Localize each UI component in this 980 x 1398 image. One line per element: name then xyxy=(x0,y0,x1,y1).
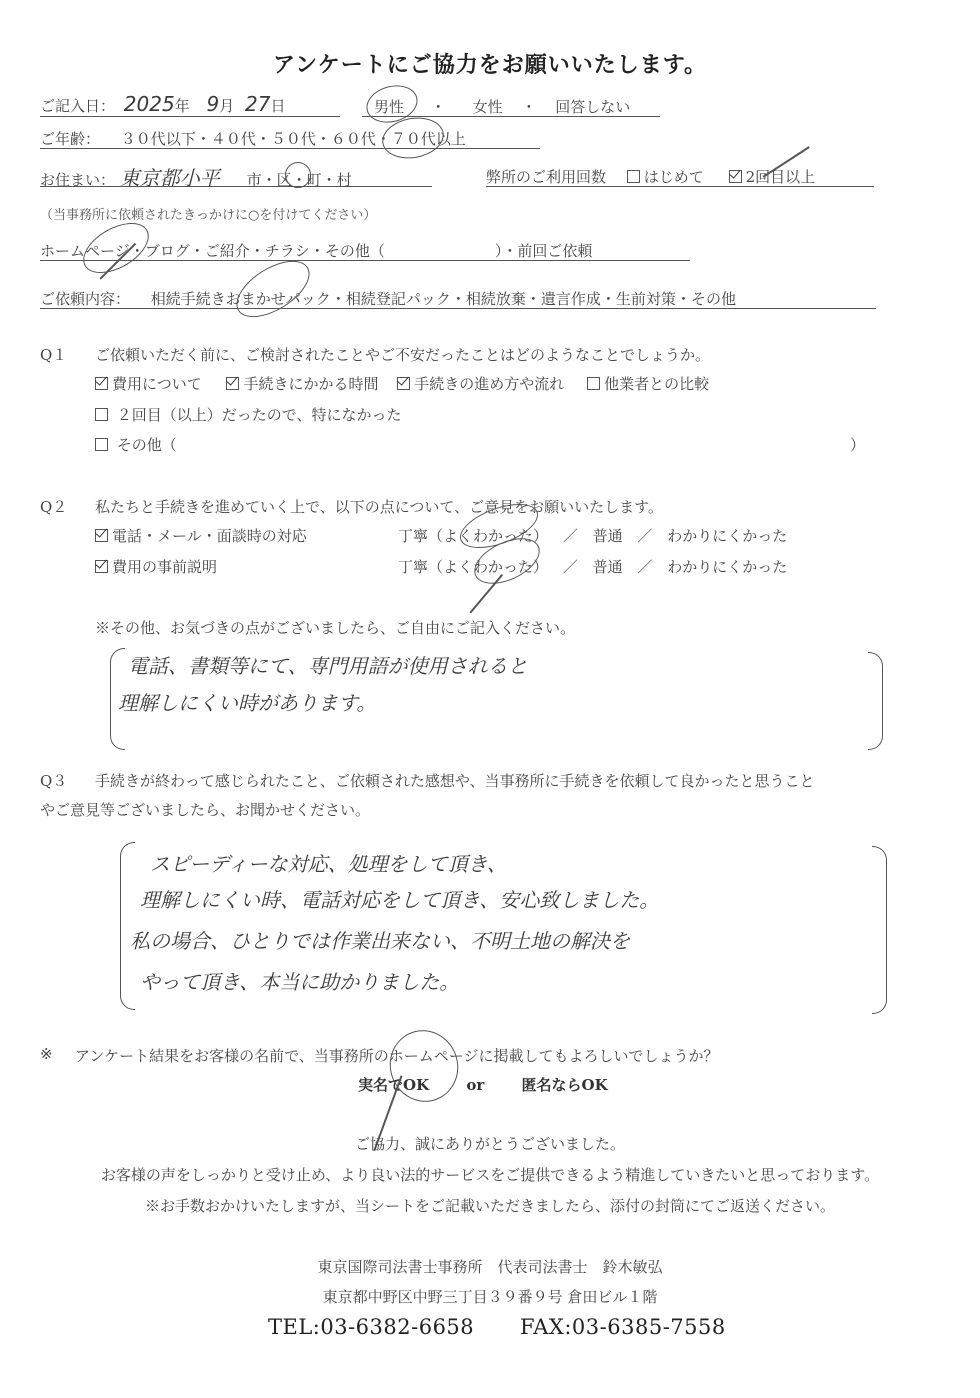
q3-answer-line1: スピーディーな対応、処理をして頂き、 xyxy=(150,848,507,877)
age-label: ご年齢： xyxy=(40,130,100,148)
gender-option-no-answer[interactable]: 回答しない xyxy=(555,98,630,116)
answer-bracket-right xyxy=(868,652,883,750)
checkbox-checked[interactable] xyxy=(95,529,108,542)
q3-answer-line3: 私の場合、ひとりでは作業出来ない、不明土地の解決を xyxy=(130,925,630,954)
separator: ／ xyxy=(637,527,652,545)
q1-option-cost[interactable]: 費用について xyxy=(95,375,202,393)
request-option-other[interactable]: その他 xyxy=(691,290,736,308)
checkbox[interactable] xyxy=(95,408,108,421)
q1-option-second-time[interactable]: ２回目（以上）だったので、特になかった xyxy=(95,404,401,425)
q2-rating-cost-explanation: 丁寧（よくわかった） ／ 普通 ／ わかりにくかった xyxy=(398,556,787,577)
rating-unclear[interactable]: わかりにくかった xyxy=(667,527,787,545)
date-field[interactable]: ご記入日： 2025年 9月 27日 xyxy=(40,92,340,117)
request-option-will[interactable]: 遺言作成 xyxy=(541,290,601,308)
closing-message: お客様の声をしっかりと受け止め、より良い法的サービスをご提供できるよう精進してい… xyxy=(0,1164,980,1185)
q2-free-answer-line1: 電話、書類等にて、専門用語が使用されると xyxy=(128,650,528,679)
trigger-other[interactable]: その他（ xyxy=(325,242,385,260)
usage-repeat-label: 2回目以上 xyxy=(746,168,816,186)
office-fax: FAX:03-6385-7558 xyxy=(520,1315,726,1339)
checkbox[interactable] xyxy=(627,170,640,183)
address-field[interactable]: お住まい： 東京都小平 市・区・町・村 xyxy=(40,162,432,187)
rating-normal[interactable]: 普通 xyxy=(593,558,623,576)
trigger-blog[interactable]: ブログ xyxy=(145,242,190,260)
option-label: 費用について xyxy=(112,375,202,393)
age-option-40s[interactable]: ４０代 xyxy=(211,130,256,148)
office-address: 東京都中野区中野三丁目３９番９号 倉田ビル１階 xyxy=(0,1286,980,1307)
age-option-60s[interactable]: ６０代 xyxy=(331,130,376,148)
rating-unclear[interactable]: わかりにくかった xyxy=(667,558,787,576)
q2-question: 私たちと手続きを進めていく上で、以下の点について、ご意見をお願いいたします。 xyxy=(95,496,663,517)
trigger-referral[interactable]: ご紹介 xyxy=(205,242,250,260)
day-unit: 日 xyxy=(270,97,285,115)
separator: ／ xyxy=(563,527,578,545)
office-tel: TEL:03-6382-6658 xyxy=(268,1315,474,1339)
option-label: 他業者との比較 xyxy=(604,375,709,393)
q2-free-prompt: ※その他、お気づきの点がございましたら、ご自由にご記入ください。 xyxy=(95,617,575,638)
trigger-flyer[interactable]: チラシ xyxy=(265,242,310,260)
month-unit: 月 xyxy=(219,97,234,115)
usage-first-label: はじめて xyxy=(644,168,704,186)
option-label: ２回目（以上）だったので、特になかった xyxy=(117,406,402,424)
q2-free-answer-line2: 理解しにくい時があります。 xyxy=(118,687,376,716)
request-option-estate-planning[interactable]: 生前対策 xyxy=(616,290,676,308)
answer-bracket-right xyxy=(872,846,887,1014)
trigger-other-close: ） xyxy=(495,242,503,260)
publish-or: or xyxy=(466,1076,484,1094)
checkbox-checked[interactable] xyxy=(397,377,410,390)
separator-dot: ・ xyxy=(431,98,446,116)
q3-answer-line2: 理解しにくい時、電話対応をして頂き、安心致しました。 xyxy=(140,884,659,913)
option-label: 手続きにかかる時間 xyxy=(243,375,378,393)
rating-normal[interactable]: 普通 xyxy=(593,527,623,545)
gender-option-female[interactable]: 女性 xyxy=(473,98,503,116)
q2-rating-communication: 丁寧（よくわかった） ／ 普通 ／ わかりにくかった xyxy=(398,525,787,546)
date-year: 2025 xyxy=(124,92,175,116)
year-unit: 年 xyxy=(175,97,190,115)
q2-item-cost-explanation[interactable]: 費用の事前説明 xyxy=(95,556,217,577)
publish-option-anonymous[interactable]: 匿名ならOK xyxy=(522,1076,608,1094)
closing-return-note: ※お手数おかけいたしますが、当シートをご記載いただきましたら、添付の封筒にてご返… xyxy=(0,1195,980,1216)
checkbox[interactable] xyxy=(95,438,108,451)
q1-option-process[interactable]: 手続きの進め方や流れ xyxy=(397,375,564,393)
trigger-instruction: （当事務所に依頼されたきっかけに○を付けてください） xyxy=(40,204,376,223)
request-option-renunciation[interactable]: 相続放棄 xyxy=(466,290,526,308)
checkbox-checked[interactable] xyxy=(226,377,239,390)
page-title: アンケートにご協力をお願いいたします。 xyxy=(0,48,980,79)
request-option-registration[interactable]: 相続登記パック xyxy=(346,290,451,308)
checkbox-checked[interactable] xyxy=(95,377,108,390)
publish-mark: ※ xyxy=(40,1045,53,1063)
date-day: 27 xyxy=(245,92,270,116)
q1-options-row1: 費用について 手続きにかかる時間 手続きの進め方や流れ 他業者との比較 xyxy=(95,373,709,394)
municipality-city[interactable]: 市 xyxy=(247,171,262,189)
q3-number: Q３ xyxy=(40,770,67,791)
municipality-selection-circle xyxy=(285,162,311,188)
q1-question: ご依頼いただく前に、ご検討されたことやご不安だったことはどのようなことでしょうか… xyxy=(95,344,710,365)
usage-label: 弊所のご利用回数 xyxy=(486,168,606,186)
address-value: 東京都小平 xyxy=(120,166,220,190)
checkbox-checked[interactable] xyxy=(729,170,742,183)
item-label: 費用の事前説明 xyxy=(112,558,217,576)
item-label: 電話・メール・面談時の対応 xyxy=(112,527,307,545)
trigger-selection-circle xyxy=(75,213,157,284)
q1-number: Q１ xyxy=(40,344,67,365)
separator: ／ xyxy=(637,558,652,576)
q3-answer-line4: やって頂き、本当に助かりました。 xyxy=(140,966,459,995)
q2-number: Q２ xyxy=(40,496,67,517)
q1-option-other[interactable]: その他（ xyxy=(95,434,177,455)
option-label: 手続きの進め方や流れ xyxy=(414,375,564,393)
q2-item-communication[interactable]: 電話・メール・面談時の対応 xyxy=(95,525,307,546)
q3-question-line2: やご意見等ございましたら、お聞かせください。 xyxy=(40,799,370,820)
separator-dot: ・ xyxy=(521,98,536,116)
request-field: ご依頼内容： 相続手続きおまかせパック・相続登記パック・相続放棄・遺言作成・生前… xyxy=(40,288,876,309)
address-label: お住まい： xyxy=(40,171,115,189)
age-option-30s[interactable]: ３０代以下 xyxy=(121,130,196,148)
usage-first-option[interactable]: はじめて xyxy=(627,168,704,186)
date-month: 9 xyxy=(207,92,220,116)
usage-count-field: 弊所のご利用回数 はじめて 2回目以上 xyxy=(486,166,874,187)
checkbox[interactable] xyxy=(587,377,600,390)
age-field: ご年齢： ３０代以下・４０代・５０代・６０代・７０代以上 xyxy=(40,128,540,149)
q1-option-comparison[interactable]: 他業者との比較 xyxy=(587,375,709,393)
checkbox-checked[interactable] xyxy=(95,560,108,573)
request-label: ご依頼内容： xyxy=(40,290,130,308)
trigger-previous[interactable]: 前回ご依頼 xyxy=(517,242,592,260)
age-option-50s[interactable]: ５０代 xyxy=(271,130,316,148)
date-label: ご記入日： xyxy=(40,97,115,115)
option-label: その他（ xyxy=(117,436,177,454)
q1-other-close: ） xyxy=(850,434,865,455)
q3-question-line1: 手続きが終わって感じられたこと、ご依頼された感想や、当事務所に手続きを依頼して良… xyxy=(95,770,815,791)
municipality-village[interactable]: 村 xyxy=(337,171,352,189)
q1-option-time[interactable]: 手続きにかかる時間 xyxy=(226,375,378,393)
closing-thanks: ご協力、誠にありがとうございました。 xyxy=(0,1133,980,1154)
office-name: 東京国際司法書士事務所 代表司法書士 鈴木敏弘 xyxy=(0,1256,980,1277)
separator: ／ xyxy=(563,558,578,576)
